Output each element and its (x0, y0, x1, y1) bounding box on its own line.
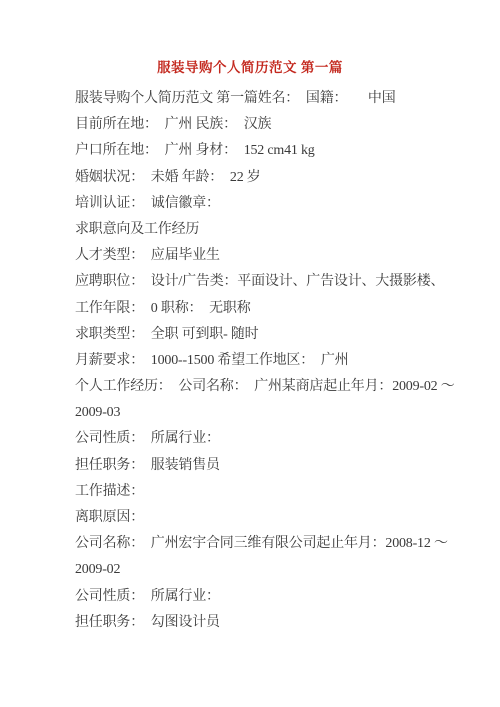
resume-line-experience-company2: 公司名称： 广州宏宇合同三维有限公司起止年月：2008-12 ～ (75, 531, 440, 557)
resume-line-salary-region: 月薪要求： 1000--1500 希望工作地区： 广州 (75, 348, 440, 374)
resume-line-leaving-reason: 离职原因： (75, 505, 440, 531)
resume-line-company1-role: 担任职务： 服装销售员 (75, 453, 440, 479)
resume-line-company1-nature-industry: 公司性质： 所属行业： (75, 426, 440, 452)
document-body: 服装导购个人简历范文 第一篇姓名： 国籍： 中国 目前所在地： 广州 民族： 汉… (0, 77, 500, 636)
resume-line-work-description: 工作描述： (75, 479, 440, 505)
resume-line-company1-end-date: 2009-03 (75, 400, 440, 426)
resume-line-position-applied: 应聘职位： 设计/广告类：平面设计、广告设计、大摄影楼、 (75, 269, 440, 295)
resume-document-page: 服装导购个人简历范文 第一篇 服装导购个人简历范文 第一篇姓名： 国籍： 中国 … (0, 0, 500, 707)
resume-line-company2-role: 担任职务： 勾图设计员 (75, 610, 440, 636)
resume-line-company2-nature-industry: 公司性质： 所属行业： (75, 584, 440, 610)
resume-line-work-years-title: 工作年限： 0 职称： 无职称 (75, 296, 440, 322)
resume-line-current-location: 目前所在地： 广州 民族： 汉族 (75, 112, 440, 138)
resume-line-name-nationality: 服装导购个人简历范文 第一篇姓名： 国籍： 中国 (75, 86, 440, 112)
resume-line-talent-type: 人才类型： 应届毕业生 (75, 243, 440, 269)
resume-line-job-type: 求职类型： 全职 可到职- 随时 (75, 322, 440, 348)
resume-line-residence-stature: 户口所在地： 广州 身材： 152 cm41 kg (75, 138, 440, 164)
resume-line-section-objective: 求职意向及工作经历 (75, 217, 440, 243)
document-title: 服装导购个人简历范文 第一篇 (0, 0, 500, 77)
resume-line-marital-age: 婚姻状况： 未婚 年龄： 22 岁 (75, 165, 440, 191)
resume-line-experience-company1: 个人工作经历： 公司名称： 广州某商店起止年月：2009-02 ～ (75, 374, 440, 400)
resume-line-training-badge: 培训认证： 诚信徽章： (75, 191, 440, 217)
resume-line-company2-end-date: 2009-02 (75, 557, 440, 583)
